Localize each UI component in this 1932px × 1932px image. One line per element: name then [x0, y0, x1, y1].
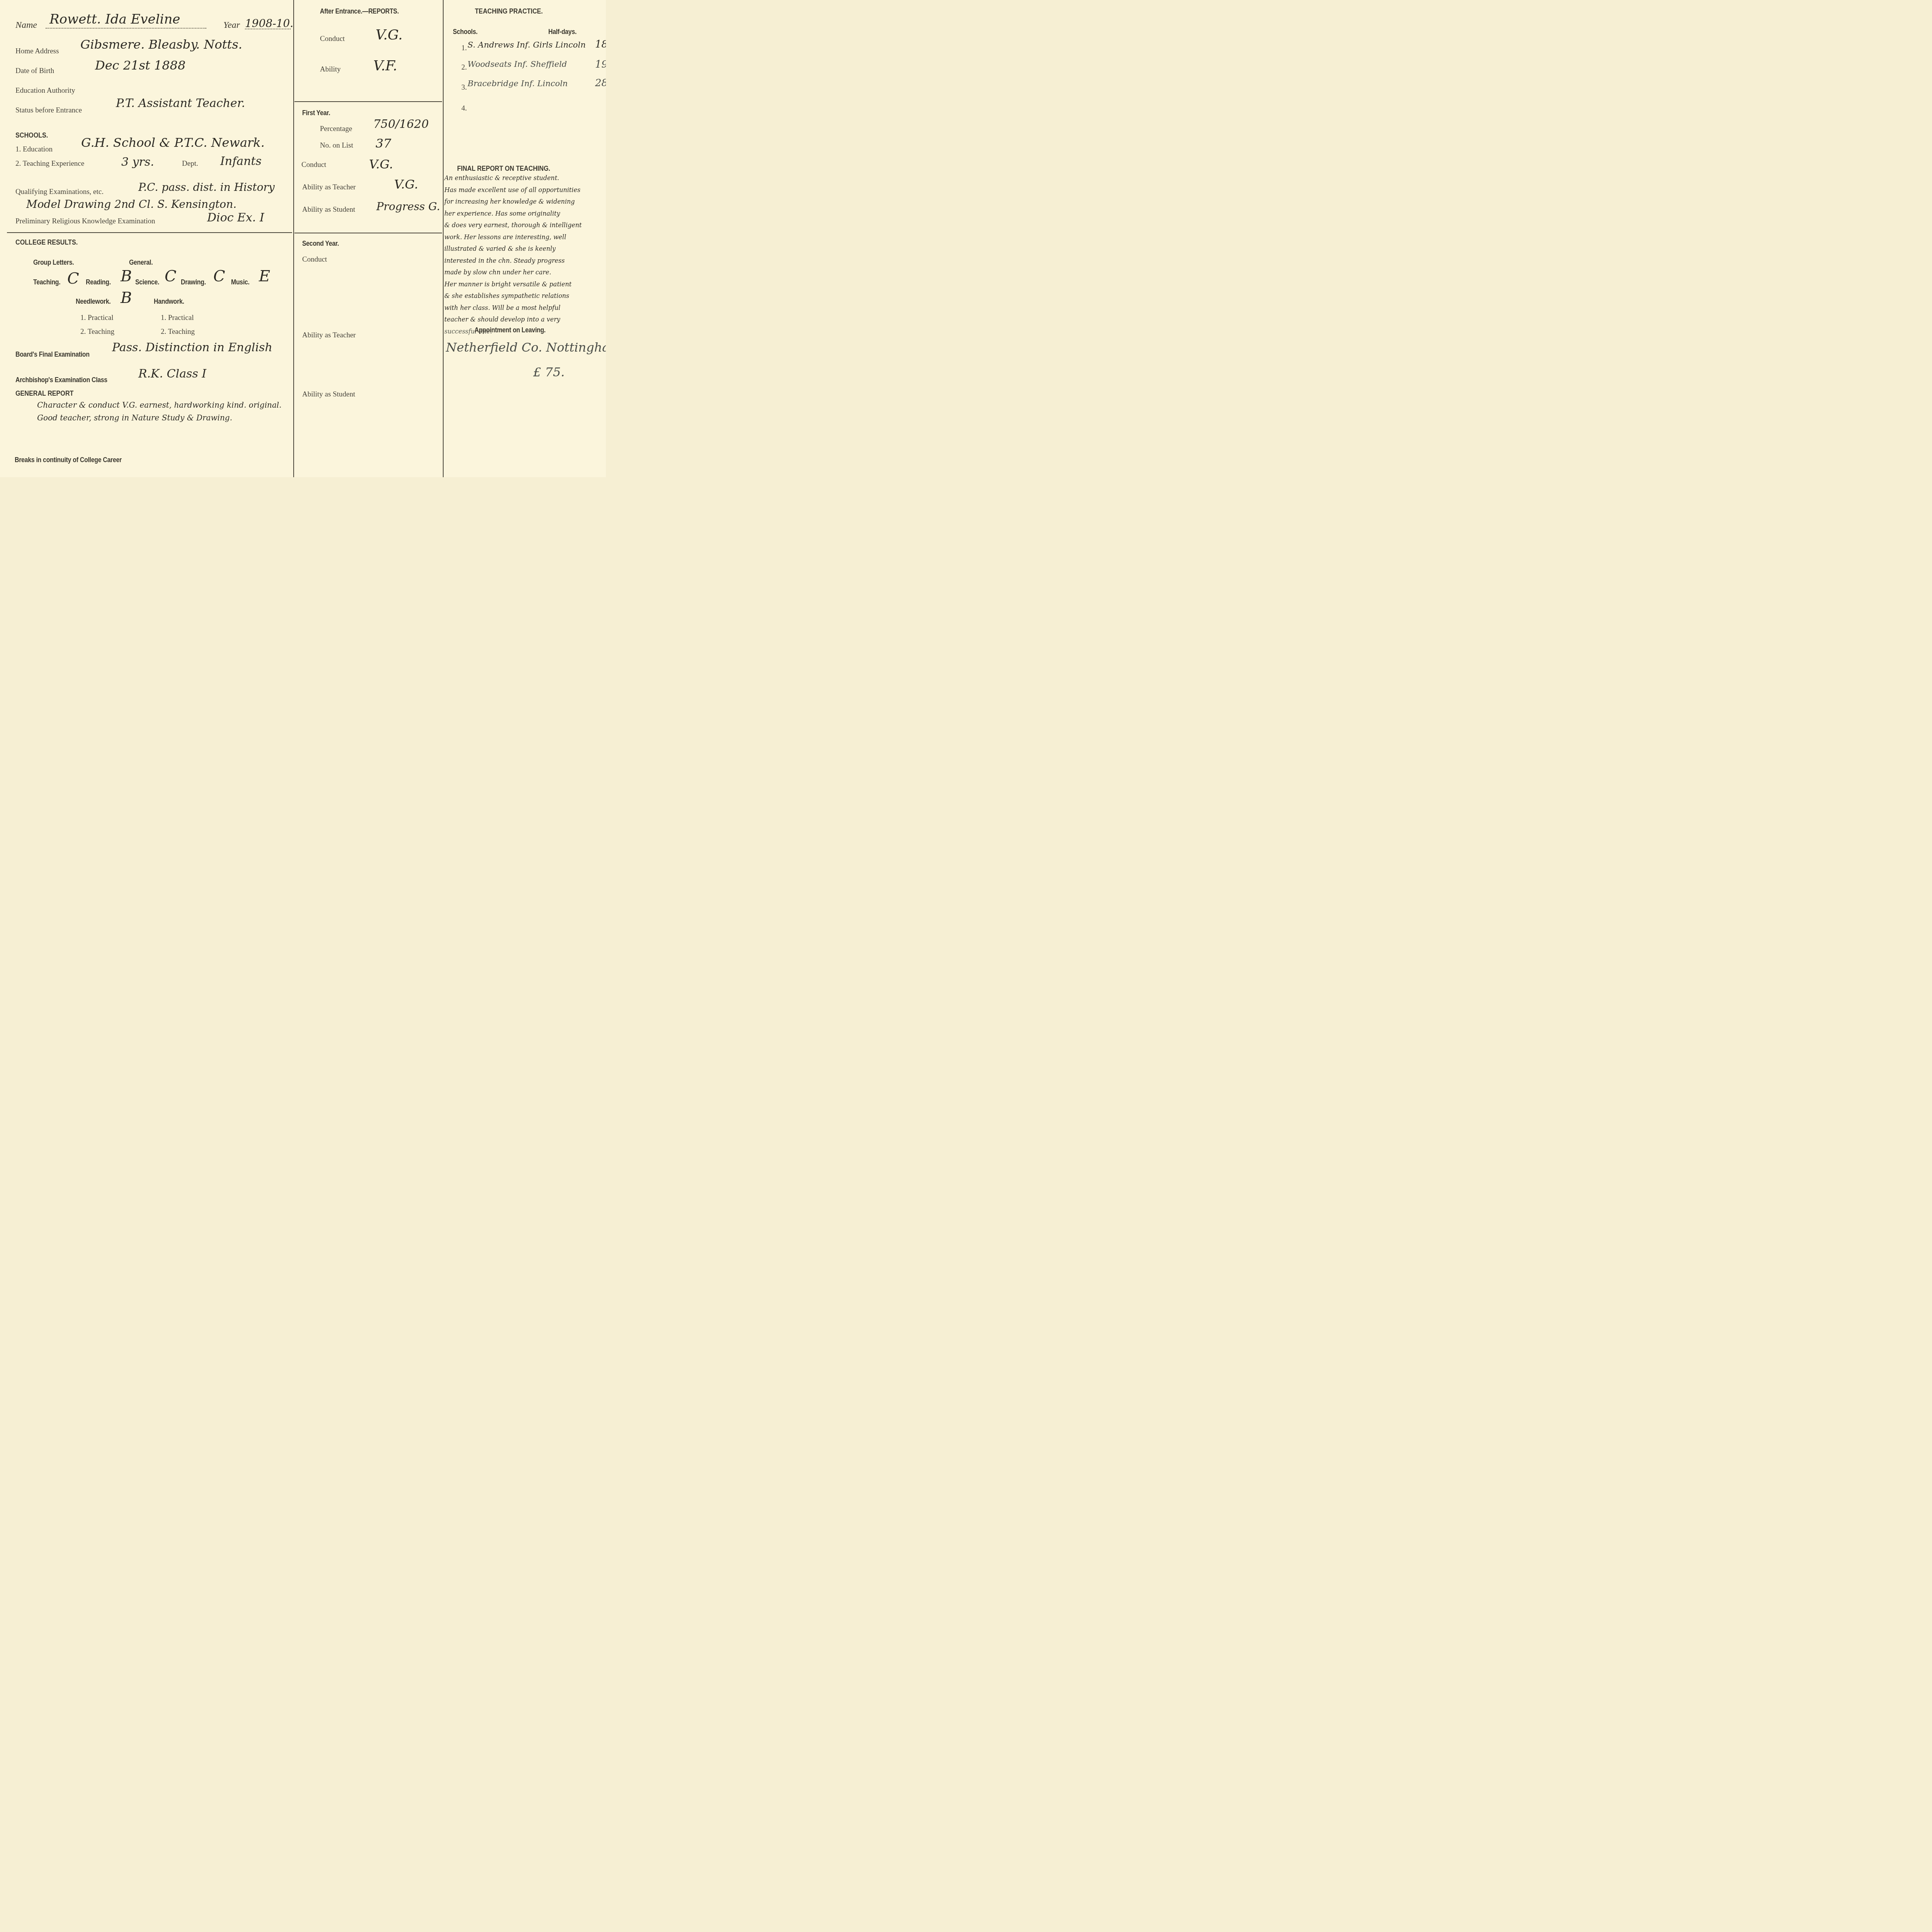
dept-value: Infants	[220, 155, 262, 168]
teaching-experience-value: 3 yrs.	[121, 155, 154, 169]
prelim-rk-label: Preliminary Religious Knowledge Examinat…	[15, 217, 155, 226]
fy-conduct-value: V.G.	[369, 157, 393, 172]
final-report-text: An enthusiastic & receptive student. Has…	[444, 172, 605, 337]
archbishop-exam-label: Archbishop's Examination Class	[15, 376, 107, 384]
college-results-heading: COLLEGE RESULTS.	[15, 238, 78, 247]
sy-ability-teacher-label: Ability as Teacher	[302, 331, 356, 340]
sy-ability-student-label: Ability as Student	[302, 390, 355, 399]
final-report-line: & does very earnest, thorough & intellig…	[444, 219, 605, 231]
grade-label-teaching: Teaching.	[33, 278, 60, 286]
education-label: 1. Education	[15, 145, 53, 154]
dept-label: Dept.	[182, 160, 198, 168]
education-value: G.H. School & P.T.C. Newark.	[81, 135, 265, 150]
first-year-heading: First Year.	[302, 109, 330, 117]
handwork-teaching: 2. Teaching	[161, 328, 195, 336]
fy-percentage-label: Percentage	[320, 125, 352, 133]
grade-value-teaching: C	[67, 270, 79, 287]
needlework-practical: 1. Practical	[80, 314, 113, 322]
final-report-line: illustrated & varied & she is keenly	[444, 243, 605, 255]
group-letters-label: Group Letters.	[33, 259, 74, 267]
final-report-line: made by slow chn under her care.	[444, 267, 605, 279]
education-authority-label: Education Authority	[15, 87, 75, 95]
tp-row-school: S. Andrews Inf. Girls Lincoln	[468, 40, 586, 49]
after-entrance-heading: After Entrance.—REPORTS.	[320, 7, 399, 15]
fy-ability-student-value: Progress G.	[376, 200, 440, 213]
fy-no-on-list-value: 37	[376, 136, 391, 151]
rule-first-year	[294, 233, 442, 233]
final-report-line: Has made excellent use of all opportunit…	[444, 184, 605, 196]
general-label: General.	[129, 259, 153, 267]
tp-row-num: 1.	[461, 44, 467, 53]
grade-value-science: C	[165, 267, 177, 285]
grade-label-reading: Reading.	[86, 278, 111, 286]
qualifying-exams-value-line1: P.C. pass. dist. in History	[138, 181, 275, 194]
fy-ability-teacher-label: Ability as Teacher	[302, 183, 356, 192]
final-report-line: interested in the chn. Steady progress	[444, 255, 605, 267]
status-label: Status before Entrance	[15, 106, 82, 115]
fy-ability-student-label: Ability as Student	[302, 206, 355, 214]
name-value: Rowett. Ida Eveline	[49, 12, 180, 27]
column-divider-right	[443, 0, 444, 477]
final-report-line: work. Her lessons are interesting, well	[444, 231, 605, 243]
final-report-line: teacher & should develop into a very	[444, 314, 605, 326]
tp-schools-label: Schools.	[453, 28, 478, 36]
final-report-line: & she establishes sympathetic relations	[444, 290, 605, 302]
final-report-line: her experience. Has some originality	[444, 208, 605, 220]
prelim-rk-value: Dioc Ex. I	[207, 211, 264, 224]
second-year-heading: Second Year.	[302, 240, 339, 248]
fy-no-on-list-label: No. on List	[320, 141, 353, 150]
needlework-value: B	[121, 289, 132, 307]
ae-ability-value: V.F.	[373, 58, 397, 74]
appointment-heading: Appointment on Leaving.	[474, 326, 546, 334]
dob-label: Date of Birth	[15, 67, 54, 75]
appointment-value-place: Netherfield Co. Nottingham	[446, 340, 606, 355]
boards-final-label: Board's Final Examination	[15, 350, 90, 359]
tp-row-num: 3.	[461, 83, 467, 92]
tp-row-half-days: 28	[595, 77, 606, 89]
grade-label-drawing: Drawing.	[181, 278, 206, 286]
breaks-label: Breaks in continuity of College Career	[15, 456, 122, 464]
year-label: Year	[223, 20, 240, 31]
name-label: Name	[15, 20, 37, 31]
home-address-value: Gibsmere. Bleasby. Notts.	[80, 37, 242, 52]
rule-after-entrance	[294, 101, 442, 102]
grade-label-music: Music.	[231, 278, 250, 286]
ae-ability-label: Ability	[320, 65, 341, 74]
tp-half-days-label: Half-days.	[548, 28, 577, 36]
final-report-heading: FINAL REPORT ON TEACHING.	[457, 165, 550, 173]
name-dotted-line	[46, 28, 206, 29]
handwork-practical: 1. Practical	[161, 314, 194, 322]
needlework-label: Needlework.	[76, 298, 111, 306]
final-report-line: with her class. Will be a most helpful	[444, 302, 605, 314]
final-report-line: for increasing her knowledge & widening	[444, 196, 605, 208]
tp-row-num: 2.	[461, 63, 467, 72]
archbishop-exam-value: R.K. Class I	[138, 367, 206, 381]
ae-conduct-value: V.G.	[376, 27, 403, 43]
status-value: P.T. Assistant Teacher.	[116, 97, 245, 110]
qualifying-exams-value-line2: Model Drawing 2nd Cl. S. Kensington.	[26, 198, 236, 211]
general-report-text: Character & conduct V.G. earnest, hardwo…	[37, 399, 292, 424]
tp-row-half-days: 18	[595, 39, 606, 50]
grade-value-music: E	[259, 267, 270, 285]
grade-value-drawing: C	[213, 267, 225, 285]
teaching-experience-label: 2. Teaching Experience	[15, 160, 84, 168]
teaching-practice-heading: TEACHING PRACTICE.	[475, 7, 543, 16]
dob-value: Dec 21st 1888	[95, 58, 185, 73]
fy-percentage-value: 750/1620	[373, 117, 429, 131]
grade-value-reading: B	[121, 267, 132, 285]
final-report-line: Her manner is bright versatile & patient	[444, 279, 605, 291]
schools-heading: SCHOOLS.	[15, 131, 48, 140]
column-divider-left	[293, 0, 294, 477]
final-report-line: An enthusiastic & receptive student.	[444, 172, 605, 184]
boards-final-value: Pass. Distinction in English	[112, 341, 272, 354]
year-value: 1908-10.	[245, 17, 293, 30]
tp-row-half-days: 19	[595, 59, 606, 70]
qualifying-exams-label: Qualifying Examinations, etc.	[15, 188, 104, 196]
appointment-value-salary: £ 75.	[533, 365, 565, 379]
home-address-label: Home Address	[15, 47, 59, 56]
fy-ability-teacher-value: V.G.	[394, 177, 418, 192]
handwork-label: Handwork.	[154, 298, 184, 306]
rule-left-section	[7, 232, 292, 233]
student-record-card: Name Rowett. Ida Eveline Year 1908-10. H…	[0, 0, 606, 477]
general-report-heading: GENERAL REPORT	[15, 389, 73, 398]
needlework-teaching: 2. Teaching	[80, 328, 114, 336]
tp-row-school: Woodseats Inf. Sheffield	[468, 60, 567, 69]
sy-conduct-label: Conduct	[302, 255, 327, 264]
ae-conduct-label: Conduct	[320, 35, 345, 43]
fy-conduct-label: Conduct	[301, 161, 326, 169]
tp-row-school: Bracebridge Inf. Lincoln	[468, 79, 568, 88]
tp-row-num: 4.	[461, 104, 467, 113]
grade-label-science: Science.	[135, 278, 159, 286]
